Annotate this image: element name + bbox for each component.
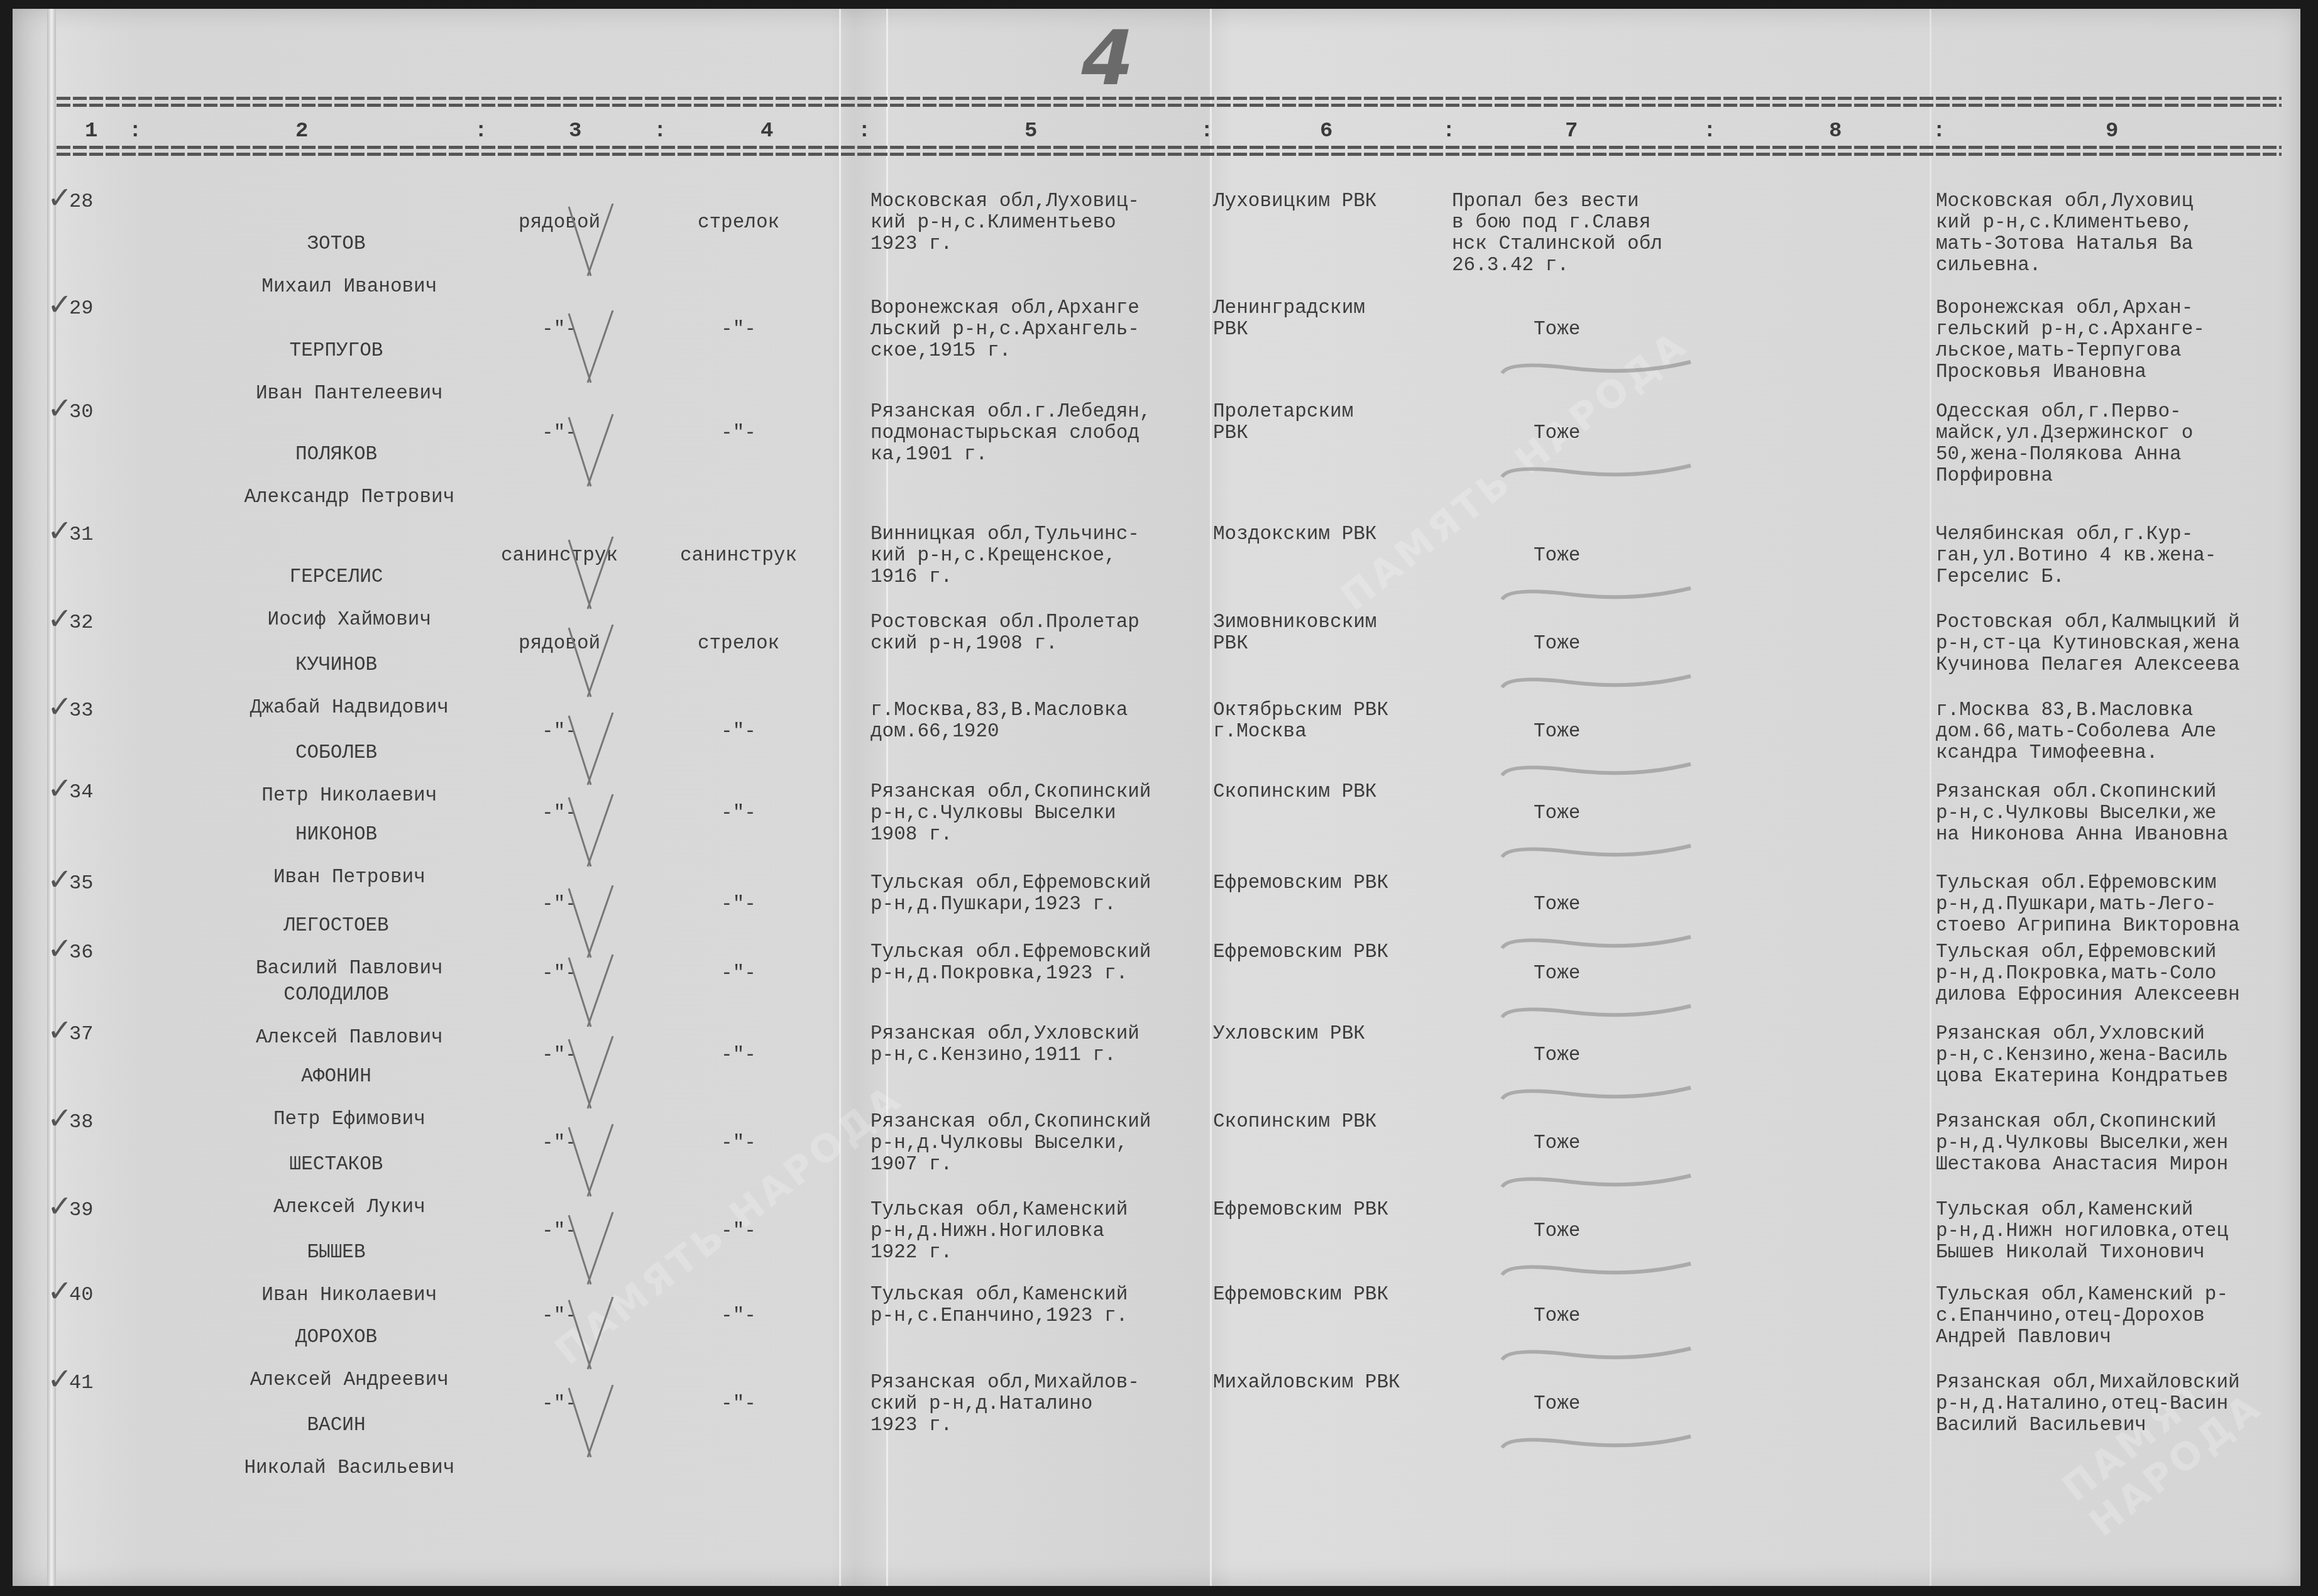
relatives-address: Тульская обл,Ефремовский р-н,д.Покровка,… [1936,942,2240,1006]
pencil-x-mark-icon [563,954,619,1030]
pencil-x-mark-icon [563,885,619,961]
pencil-x-mark-icon [563,1124,619,1200]
pencil-x-mark-icon [563,310,619,386]
birth-place-year: Рязанская обл,Ухловский р-н,с.Кензино,19… [871,1024,1140,1066]
draft-office: Ухловским РВК [1213,1024,1365,1045]
given-name: Александр Петрович [244,486,454,508]
draft-office: Ефремовским РВК [1213,873,1388,894]
column-separator: : [129,119,141,143]
surname: ТЕРПУГОВ [151,341,478,362]
fate-status: Тоже [1534,319,1580,341]
surname: ВАСИН [151,1415,478,1436]
fate-status: Тоже [1534,1306,1580,1327]
surname: ПОЛЯКОВ [151,444,478,466]
position: -"- [647,423,830,444]
relatives-address: Одесская обл,г.Перво- майск,ул.Дзержинск… [1936,402,2193,487]
header-rule-top [57,97,2282,107]
pencil-x-mark-icon [563,1036,619,1112]
relatives-address: Челябинская обл,г.Кур- ган,ул.Вотино 4 к… [1936,524,2216,588]
paper-fold [1210,9,1212,1586]
record-number: 28 [69,191,93,212]
pencil-underline-icon [1496,354,1697,380]
column-separator: : [1200,119,1213,143]
pencil-x-mark-icon [563,713,619,788]
surname: ДОРОХОВ [151,1327,478,1348]
draft-office: Скопинским РВК [1213,1112,1376,1133]
position: -"- [647,1306,830,1327]
column-separator: : [654,119,666,143]
pencil-underline-icon [1496,1080,1697,1105]
birth-place-year: Тульская обл,Каменский р-н,с.Епанчино,19… [871,1284,1128,1327]
birth-place-year: Тульская обл,Каменский р-н,д.Нижн.Ногило… [871,1200,1128,1264]
pencil-underline-icon [1496,998,1697,1024]
position: стрелок [647,633,830,655]
draft-office: Зимовниковским РВК [1213,612,1376,655]
pencil-underline-icon [1496,757,1697,782]
column-number: 5 [1024,119,1037,143]
surname: ЗОТОВ [151,234,478,255]
position: -"- [647,963,830,985]
pencil-x-mark-icon [563,1212,619,1287]
pencil-x-mark-icon [563,1385,619,1460]
fate-status: Тоже [1534,963,1580,985]
pencil-underline-icon [1496,1341,1697,1366]
surname: СОБОЛЕВ [151,743,478,764]
draft-office: Ефремовским РВК [1213,1284,1388,1306]
draft-office: Пролетарским РВК [1213,402,1353,444]
relatives-address: Рязанская обл,Скопинский р-н,д.Чулковы В… [1936,1112,2228,1176]
pencil-x-mark-icon [563,414,619,489]
position: -"- [647,1133,830,1154]
column-separator: : [1703,119,1716,143]
column-number: 3 [569,119,581,143]
pencil-underline-icon [1496,1256,1697,1281]
given-name: Михаил Иванович [261,276,437,298]
header-rule-bottom [57,146,2282,156]
pencil-underline-icon [1496,669,1697,694]
pencil-underline-icon [1496,1168,1697,1193]
position: -"- [647,894,830,916]
surname: ГЕРСЕЛИС [151,567,478,588]
column-number: 9 [2106,119,2118,143]
column-number: 2 [295,119,308,143]
surname: АФОНИН [151,1066,478,1088]
record-number: 39 [69,1200,93,1221]
record-number: 33 [69,700,93,721]
paper-fold [839,9,841,1586]
surname: БЫШЕВ [151,1242,478,1264]
fate-status: Тоже [1534,545,1580,567]
fate-status: Тоже [1534,1133,1580,1154]
pencil-x-mark-icon [563,1297,619,1372]
record-number: 29 [69,298,93,319]
birth-place-year: г.Москва,83,В.Масловка дом.66,1920 [871,700,1128,743]
record-number: 36 [69,942,93,963]
fate-status: Пропал без вести в бою под г.Славя нск С… [1452,191,1662,276]
birth-place-year: Винницкая обл,Тульчинс- кий р-н,с.Крещен… [871,524,1140,588]
surname: ЛЕГОСТОЕВ [151,916,478,937]
birth-place-year: Воронежская обл,Архангe льский р-н,с.Арх… [871,298,1140,362]
relatives-address: г.Москва 83,В.Масловка дом.66,мать-Собол… [1936,700,2216,764]
draft-office: Михайловским РВК [1213,1372,1400,1394]
fate-status: Тоже [1534,1221,1580,1242]
column-number: 4 [761,119,773,143]
birth-place-year: Рязанская обл,Михайлов- ский р-н,д.Натал… [871,1372,1140,1436]
pencil-underline-icon [1496,929,1697,954]
position: -"- [647,319,830,341]
fate-status: Тоже [1534,423,1580,444]
relatives-address: Московская обл,Луховиц кий р-н,с.Климент… [1936,191,2193,276]
column-separator: : [858,119,871,143]
given-name: Николай Васильевич [244,1457,454,1479]
draft-office: Ленинградским РВК [1213,298,1365,341]
relatives-address: Рязанская обл,Ухловский р-н,с.Кензино,же… [1936,1024,2228,1088]
relatives-address: Ростовская обл,Калмыцкий й р-н,ст-ца Кут… [1936,612,2240,676]
surname: НИКОНОВ [151,824,478,846]
position: стрелок [647,212,830,234]
fate-status: Тоже [1534,803,1580,824]
relatives-address: Тульская обл,Каменский р- с.Епанчино,оте… [1936,1284,2228,1348]
pencil-underline-icon [1496,1429,1697,1454]
record-number: 30 [69,402,93,423]
soldier-name: ВАСИН Николай Васильевич [151,1372,478,1500]
position: санинструк [647,545,830,567]
handwritten-page-number: 4 [1072,15,1143,102]
pencil-x-mark-icon [563,625,619,700]
birth-place-year: Тульская обл,Ефремовский р-н,д.Пушкари,1… [871,873,1151,916]
relatives-address: Рязанская обл.Скопинский р-н,с.Чулковы В… [1936,782,2228,846]
fate-status: Тоже [1534,1394,1580,1415]
record-number: 35 [69,873,93,894]
pencil-underline-icon [1496,458,1697,483]
fate-status: Тоже [1534,633,1580,655]
column-separator: : [475,119,487,143]
column-number: 6 [1320,119,1332,143]
record-number: 31 [69,524,93,545]
position: -"- [647,803,830,824]
column-separator: : [1933,119,1945,143]
relatives-address: Тульская обл.Ефремовским р-н,д.Пушкари,м… [1936,873,2240,937]
record-number: 38 [69,1112,93,1133]
draft-office: Луховицким РВК [1213,191,1376,212]
birth-place-year: Ростовская обл.Пролетар ский р-н,1908 г. [871,612,1140,655]
pencil-underline-icon [1496,838,1697,863]
record-number: 40 [69,1284,93,1306]
paper-fold [1930,9,1931,1586]
birth-place-year: Рязанская обл,Скопинский р-н,д.Чулковы В… [871,1112,1151,1176]
surname: СОЛОДИЛОВ [151,985,478,1006]
record-number: 32 [69,612,93,633]
fate-status: Тоже [1534,894,1580,916]
record-number: 34 [69,782,93,803]
position: -"- [647,1221,830,1242]
draft-office: Ефремовским РВК [1213,942,1388,963]
pencil-x-mark-icon [563,794,619,870]
birth-place-year: Рязанская обл,Скопинский р-н,с.Чулковы В… [871,782,1151,846]
relatives-address: Тульская обл,Каменский р-н,д.Нижн ногило… [1936,1200,2228,1264]
relatives-address: Рязанская обл,Михайловский р-н,д.Наталин… [1936,1372,2240,1436]
fate-status: Тоже [1534,1045,1580,1066]
birth-place-year: Рязанская обл.г.Лебедян, подмонастырьска… [871,402,1151,466]
surname: ШЕСТАКОВ [151,1154,478,1176]
record-number: 41 [69,1372,93,1394]
pencil-underline-icon [1496,581,1697,606]
fate-status: Тоже [1534,721,1580,743]
column-number: 1 [85,119,97,143]
soldier-name: ПОЛЯКОВ Александр Петрович [151,402,478,530]
draft-office: Скопинским РВК [1213,782,1376,803]
draft-office: Ефремовским РВК [1213,1200,1388,1221]
pencil-x-mark-icon [563,537,619,612]
column-number: 8 [1829,119,1842,143]
position: -"- [647,1394,830,1415]
draft-office: Октябрьским РВК г.Москва [1213,700,1388,743]
birth-place-year: Московская обл,Луховиц- кий р-н,с.Климен… [871,191,1140,255]
record-number: 37 [69,1024,93,1045]
draft-office: Моздокским РВК [1213,524,1376,545]
relatives-address: Воронежская обл,Архан- гельский р-н,с.Ар… [1936,298,2205,383]
column-number: 7 [1565,119,1578,143]
pencil-x-mark-icon [563,204,619,279]
birth-place-year: Тульская обл.Ефремовский р-н,д.Покровка,… [871,942,1151,985]
document-page: ПАМЯТЬ НАРОДА ПАМЯТЬ НАРОДА ПАМЯТЬ НАРОД… [13,9,2300,1586]
surname: КУЧИНОВ [151,655,478,676]
position: -"- [647,1045,830,1066]
column-separator: : [1442,119,1455,143]
position: -"- [647,721,830,743]
